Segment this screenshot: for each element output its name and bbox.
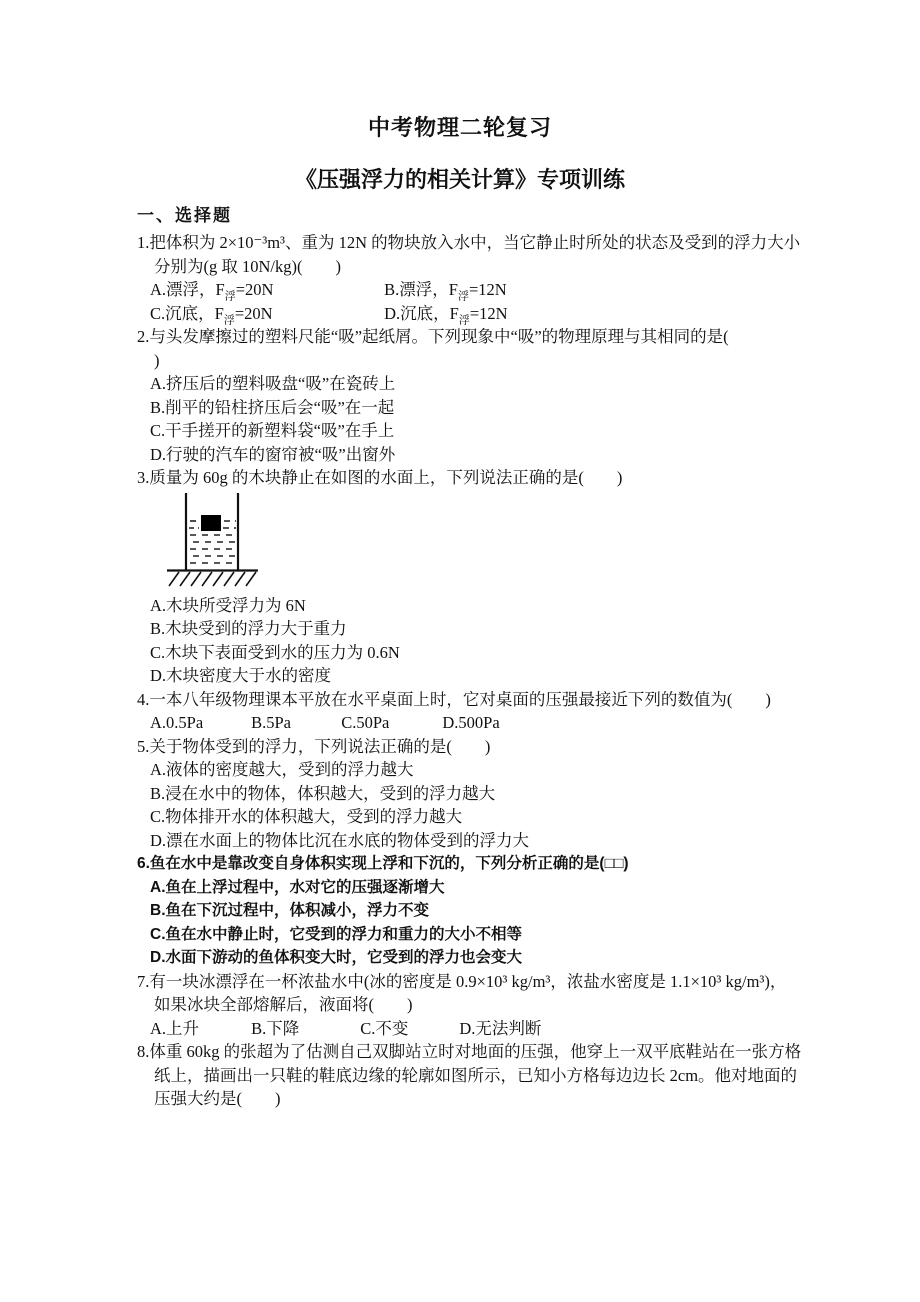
question-5-stem-line-1: 5.关于物体受到的浮力，下列说法正确的是( ) [137,735,810,759]
ground-hatching [169,572,256,586]
question-4-stem-line-1: 4.一本八年级物理课本平放在水平桌面上时，它对桌面的压强最接近下列的数值为( ) [137,688,810,712]
question-1-option-d-pre: D.沉底，F [384,304,459,323]
question-2: 2.与头发摩擦过的塑料尺能“吸”起纸屑。下列现象中“吸”的物理原理与其相同的是(… [137,325,810,466]
question-3: 3.质量为 60g 的木块静止在如图的水面上，下列说法正确的是( ) [137,466,810,688]
question-1-option-a-subscript: 浮 [225,290,236,302]
question-3-option-d: D.木块密度大于水的密度 [137,664,810,688]
section-heading-choice-questions: 一、选择题 [137,204,802,228]
question-1-options-row-2: C.沉底，F浮=20N D.沉底，F浮=12N [137,302,810,326]
question-2-option-c: C.干手搓开的新塑料袋“吸”在手上 [137,419,810,443]
question-8-stem-line-1: 8.体重 60kg 的张超为了估测自己双脚站立时对地面的压强，他穿上一双平底鞋站… [137,1040,810,1064]
question-3-stem-line-1: 3.质量为 60g 的木块静止在如图的水面上，下列说法正确的是( ) [137,466,810,490]
question-7-stem-line-1: 7.有一块冰漂浮在一杯浓盐水中(冰的密度是 0.9×10³ kg/m³，浓盐水密… [137,970,810,994]
question-4-options-row: A.0.5Pa B.5Pa C.50Pa D.500Pa [137,711,810,735]
question-1-options-row-1: A.漂浮，F浮=20N B.漂浮，F浮=12N [137,278,810,302]
question-7: 7.有一块冰漂浮在一杯浓盐水中(冰的密度是 0.9×10³ kg/m³，浓盐水密… [137,970,810,1041]
question-1-option-b-subscript: 浮 [458,290,469,302]
document-title: 中考物理二轮复习 [0,0,920,141]
question-6-option-a: A.鱼在上浮过程中，水对它的压强逐渐增大 [137,876,810,900]
question-1-stem-line-1: 1.把体积为 2×10⁻³m³、重为 12N 的物块放入水中，当它静止时所处的状… [137,231,810,255]
document-subtitle: 《压强浮力的相关计算》专项训练 [0,166,920,193]
question-4-option-c: C.50Pa [341,711,438,735]
question-1-option-a-pre: A.漂浮，F [150,280,225,299]
question-5-option-a: A.液体的密度越大，受到的浮力越大 [137,758,810,782]
question-6-option-d: D.水面下游动的鱼体积变大时，它受到的浮力也会变大 [137,946,810,970]
question-4-option-b: B.5Pa [251,711,337,735]
questions-area: 1.把体积为 2×10⁻³m³、重为 12N 的物块放入水中，当它静止时所处的状… [137,231,810,1111]
question-7-stem-line-2: 如果冰块全部熔解后，液面将( ) [137,993,810,1017]
question-5-option-d: D.漂在水面上的物体比沉在水底的物体受到的浮力大 [137,829,810,853]
question-7-option-d: D.无法判断 [459,1017,541,1041]
question-1-option-a-post: =20N [236,280,274,299]
question-1-option-a: A.漂浮，F浮=20N [150,278,380,302]
document-page: 中考物理二轮复习 《压强浮力的相关计算》专项训练 一、选择题 1.把体积为 2×… [0,0,920,1302]
question-3-option-c: C.木块下表面受到水的压力为 0.6N [137,641,810,665]
question-2-option-b: B.削平的铅柱挤压后会“吸”在一起 [137,396,810,420]
question-7-option-b: B.下降 [251,1017,356,1041]
question-2-option-d: D.行驶的汽车的窗帘被“吸”出窗外 [137,443,810,467]
question-3-option-a: A.木块所受浮力为 6N [137,594,810,618]
question-7-option-a: A.上升 [150,1017,247,1041]
question-1-option-d: D.沉底，F浮=12N [384,302,507,326]
question-3-figure [167,493,810,591]
question-2-stem-line-2: ) [137,349,810,373]
question-2-stem-line-1: 2.与头发摩擦过的塑料尺能“吸”起纸屑。下列现象中“吸”的物理原理与其相同的是( [137,325,810,349]
question-6-option-c: C.鱼在水中静止时，它受到的浮力和重力的大小不相等 [137,923,810,947]
question-7-option-c: C.不变 [360,1017,455,1041]
question-2-option-a: A.挤压后的塑料吸盘“吸”在瓷砖上 [137,372,810,396]
question-4-option-d: D.500Pa [442,711,499,735]
wood-block [201,515,221,531]
question-1-option-d-subscript: 浮 [459,314,470,326]
question-6-option-b: B.鱼在下沉过程中，体积减小，浮力不变 [137,899,810,923]
question-1-option-d-post: =12N [470,304,508,323]
question-5-option-b: B.浸在水中的物体，体积越大，受到的浮力越大 [137,782,810,806]
question-8-stem-line-3: 压强大约是( ) [137,1087,810,1111]
question-1: 1.把体积为 2×10⁻³m³、重为 12N 的物块放入水中，当它静止时所处的状… [137,231,810,325]
question-1-option-c-pre: C.沉底，F [150,304,224,323]
question-1-option-c-post: =20N [235,304,273,323]
question-5: 5.关于物体受到的浮力，下列说法正确的是( ) A.液体的密度越大，受到的浮力越… [137,735,810,853]
floating-block-beaker-figure [167,493,269,589]
question-8: 8.体重 60kg 的张超为了估测自己双脚站立时对地面的压强，他穿上一双平底鞋站… [137,1040,810,1111]
question-7-options-row: A.上升 B.下降 C.不变 D.无法判断 [137,1017,810,1041]
question-1-option-c-subscript: 浮 [224,314,235,326]
question-6: 6.鱼在水中是靠改变自身体积实现上浮和下沉的，下列分析正确的是(□□) A.鱼在… [137,852,810,970]
question-6-stem-line-1: 6.鱼在水中是靠改变自身体积实现上浮和下沉的，下列分析正确的是(□□) [137,852,810,876]
question-8-stem-line-2: 纸上，描画出一只鞋的鞋底边缘的轮廓如图所示，已知小方格每边边长 2cm。他对地面… [137,1064,810,1088]
question-1-stem-line-2: 分别为(g 取 10N/kg)( ) [137,255,810,279]
question-3-option-b: B.木块受到的浮力大于重力 [137,617,810,641]
question-1-option-b-post: =12N [469,280,507,299]
question-4: 4.一本八年级物理课本平放在水平桌面上时，它对桌面的压强最接近下列的数值为( )… [137,688,810,735]
question-4-option-a: A.0.5Pa [150,711,247,735]
question-5-option-c: C.物体排开水的体积越大，受到的浮力越大 [137,805,810,829]
question-1-option-b-pre: B.漂浮，F [384,280,458,299]
question-1-option-c: C.沉底，F浮=20N [150,302,380,326]
question-1-option-b: B.漂浮，F浮=12N [384,278,507,302]
